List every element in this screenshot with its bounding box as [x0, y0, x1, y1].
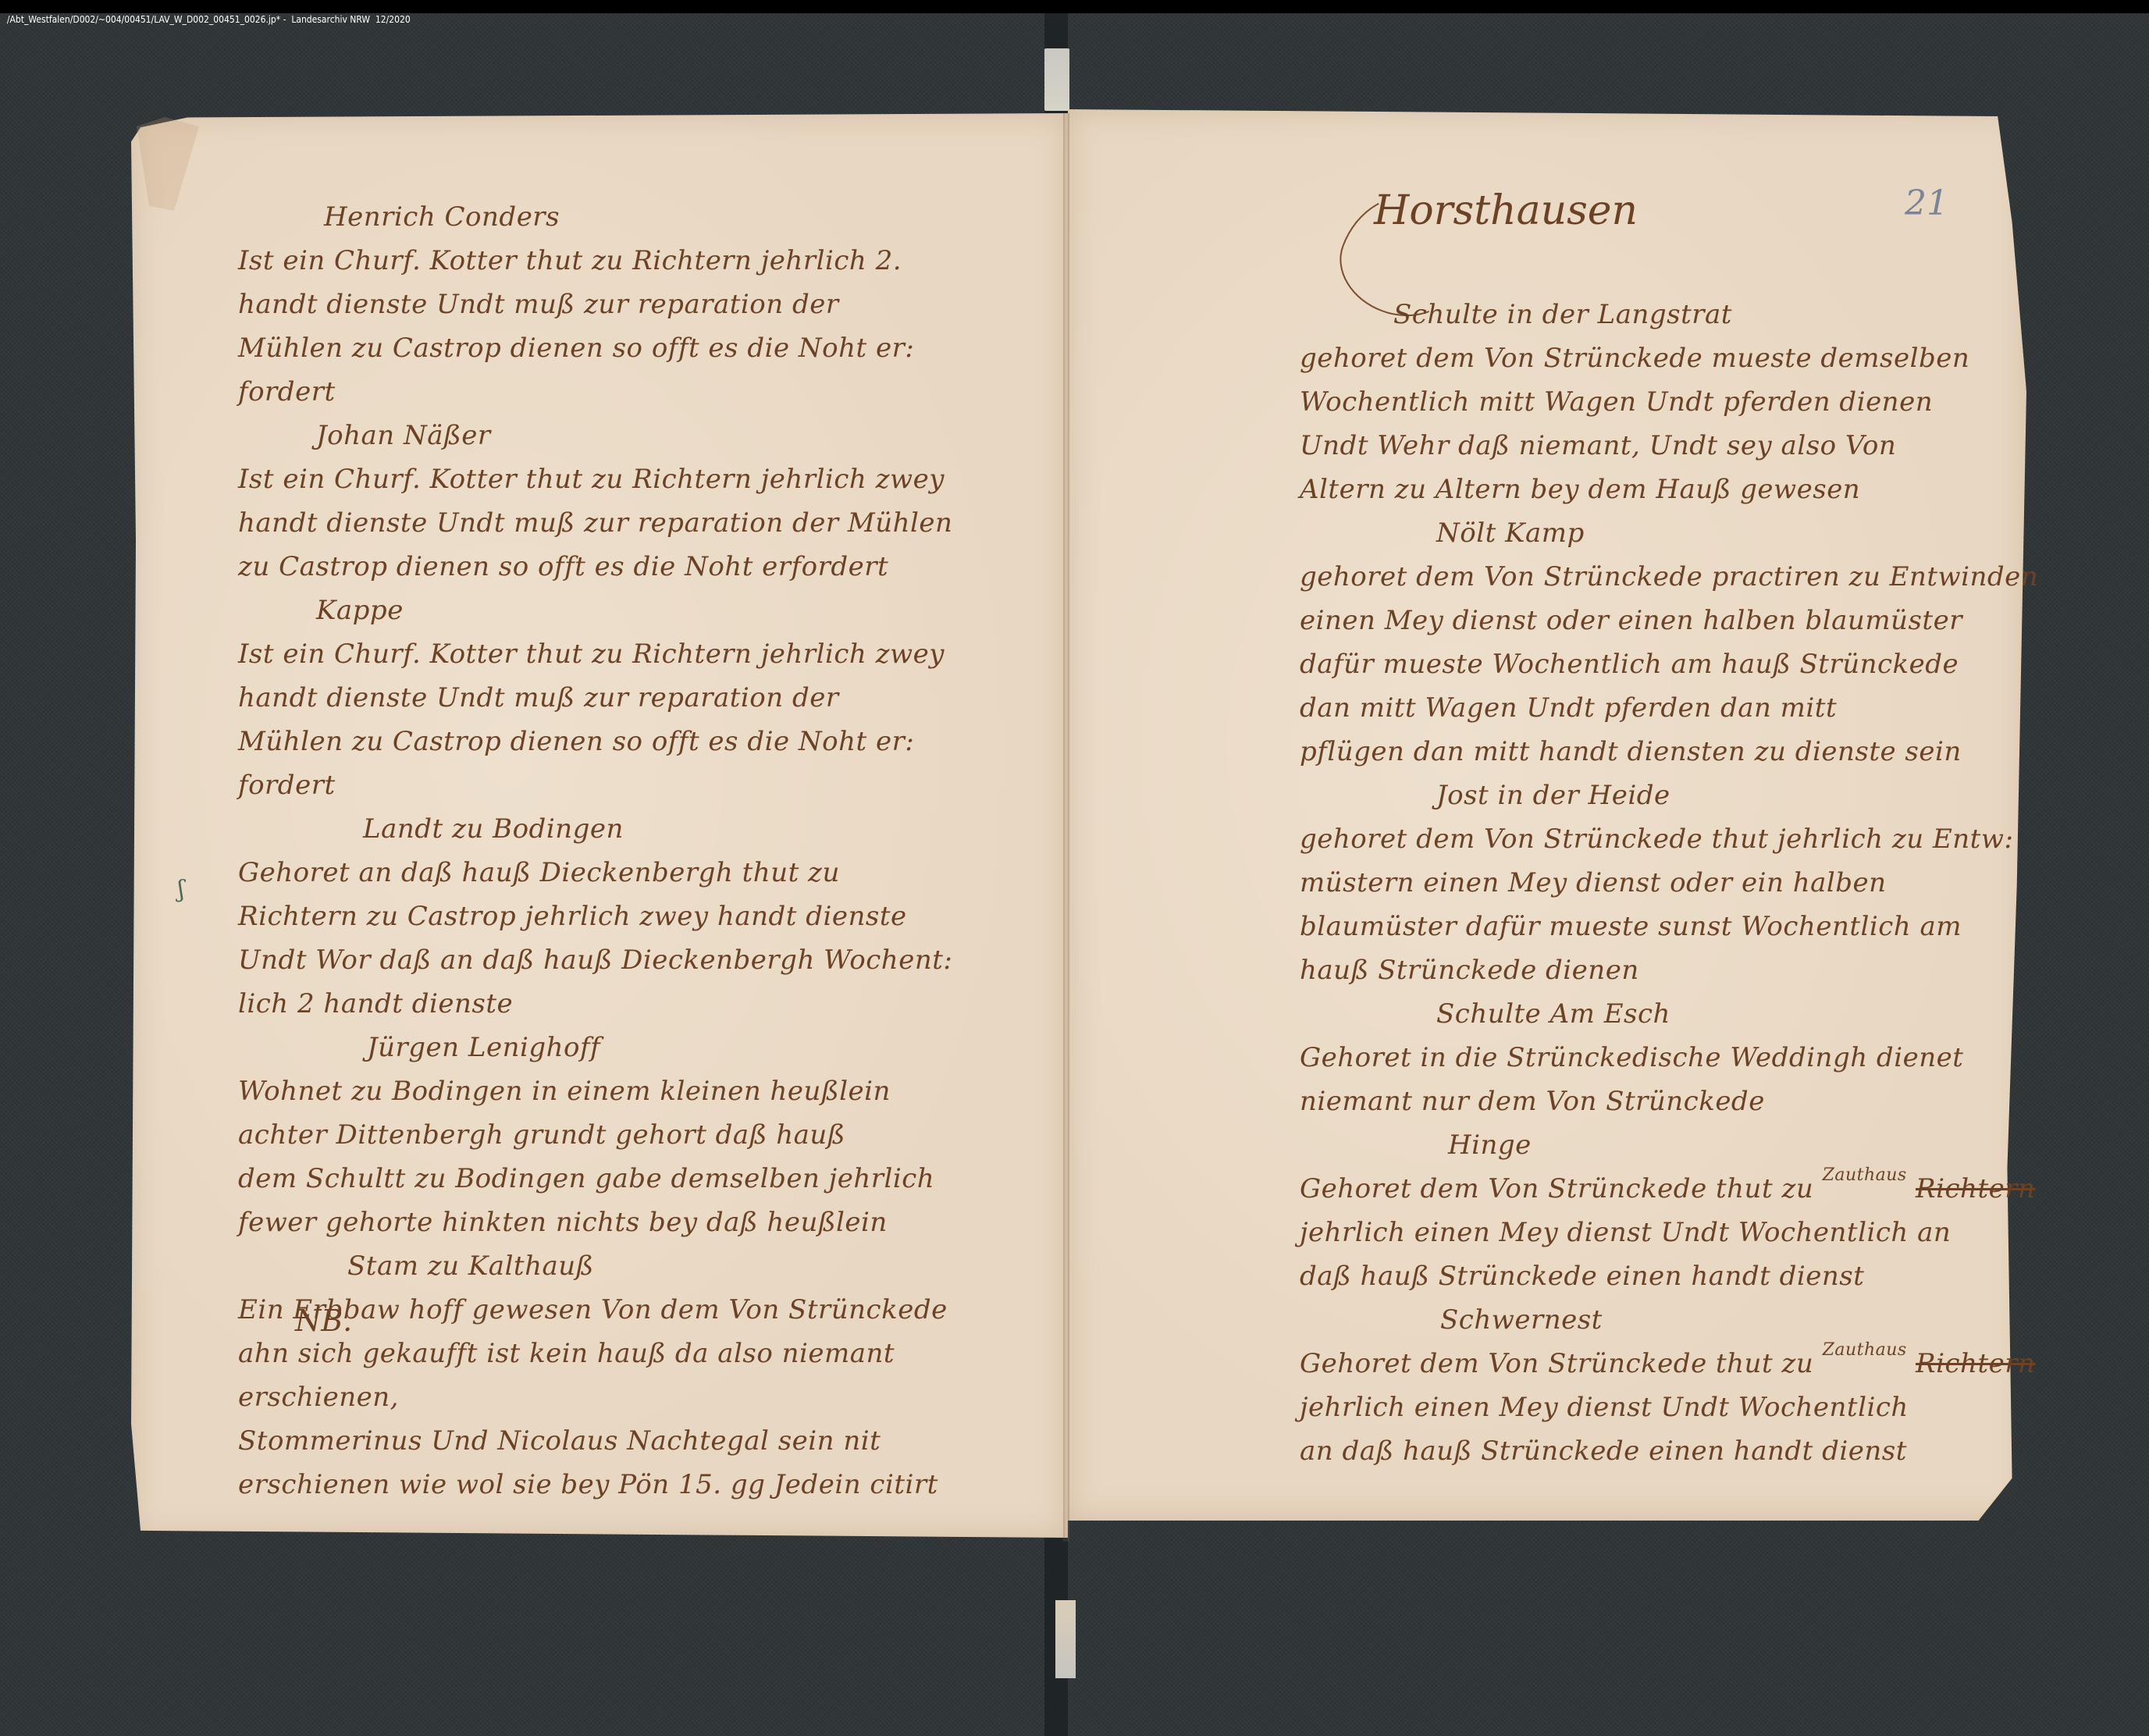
window-title: /Abt_Westfalen/D002/~004/00451/LAV_W_D00…: [7, 14, 411, 25]
text-line: fordert: [238, 763, 952, 807]
entry-heading: Landt zu Bodingen: [238, 807, 952, 851]
right-page-text: Schulte in der Langstrat gehoret dem Von…: [1300, 293, 2038, 1473]
text-line: lich 2 handt dienste: [238, 982, 952, 1026]
left-page-text: Henrich Conders Ist ein Churf. Kotter th…: [238, 195, 952, 1507]
text-line: Richtern zu Castrop jehrlich zwey handt …: [238, 895, 952, 938]
text-line: dafür mueste Wochentlich am hauß Strünck…: [1300, 642, 2038, 686]
struck-word: Richtern: [1916, 1173, 2035, 1204]
text-line: fewer gehorte hinkten nichts bey daß heu…: [238, 1201, 952, 1244]
text-line: handt dienste Undt muß zur reparation de…: [238, 676, 952, 720]
entry-heading: Nölt Kamp: [1300, 511, 2038, 555]
text-line: Wochentlich mitt Wagen Undt pferden dien…: [1300, 380, 2038, 424]
text-line: achter Dittenbergh grundt gehort daß hau…: [238, 1113, 952, 1157]
text-line: erschienen wie wol sie bey Pön 15. gg Je…: [238, 1463, 952, 1507]
entry-heading: Schwernest: [1300, 1298, 2038, 1342]
entry-heading: Schulte in der Langstrat: [1300, 293, 2038, 336]
text-line: jehrlich einen Mey dienst Undt Wochentli…: [1300, 1386, 2038, 1429]
text-line: Gehoret an daß hauß Dieckenbergh thut zu: [238, 851, 952, 895]
book-gutter: [1063, 113, 1069, 1542]
text-line: Gehoret in die Strünckedische Weddingh d…: [1300, 1036, 2038, 1080]
text-line: dem Schultt zu Bodingen gabe demselben j…: [238, 1157, 952, 1201]
text-line: Ist ein Churf. Kotter thut zu Richtern j…: [238, 632, 952, 676]
text-line: hauß Strünckede dienen: [1300, 948, 2038, 992]
text-line: daß hauß Strünckede einen handt dienst: [1300, 1254, 2038, 1298]
text-line: Ein Erbbaw hoff gewesen Von dem Von Strü…: [238, 1288, 952, 1332]
text-line: Ist ein Churf. Kotter thut zu Richtern j…: [238, 457, 952, 501]
text-line: Stommerinus Und Nicolaus Nachtegal sein …: [238, 1419, 952, 1463]
text-segment: Gehoret dem Von Strünckede thut zu: [1300, 1173, 1813, 1204]
window-title-bar: /Abt_Westfalen/D002/~004/00451/LAV_W_D00…: [0, 0, 2149, 13]
text-line: Wohnet zu Bodingen in einem kleinen heuß…: [238, 1069, 952, 1113]
text-line: handt dienste Undt muß zur reparation de…: [238, 283, 952, 326]
struck-word: Richtern: [1916, 1348, 2035, 1379]
inserted-word: Zauthaus: [1823, 1340, 1907, 1360]
text-line: Undt Wor daß an daß hauß Dieckenbergh Wo…: [238, 938, 952, 982]
text-line: gehoret dem Von Strünckede practiren zu …: [1300, 555, 2038, 599]
entry-heading: Schulte Am Esch: [1300, 992, 2038, 1036]
text-line: einen Mey dienst oder einen halben blaum…: [1300, 599, 2038, 642]
entry-heading: Jost in der Heide: [1300, 774, 2038, 817]
spine-tab-bottom: [1055, 1600, 1076, 1678]
text-line: handt dienste Undt muß zur reparation de…: [238, 501, 952, 545]
text-line: Mühlen zu Castrop dienen so offt es die …: [238, 720, 952, 763]
text-line: gehoret dem Von Strünckede thut jehrlich…: [1300, 817, 2038, 861]
text-line: an daß hauß Strünckede einen handt diens…: [1300, 1429, 2038, 1473]
spine-tab-top: [1044, 48, 1069, 111]
text-line: müstern einen Mey dienst oder ein halben: [1300, 861, 2038, 905]
entry-heading: Hinge: [1300, 1123, 2038, 1167]
inserted-word: Zauthaus: [1823, 1165, 1907, 1185]
text-line: jehrlich einen Mey dienst Undt Wochentli…: [1300, 1211, 2038, 1254]
folio-number: 21: [1905, 183, 1948, 223]
text-line: Ist ein Churf. Kotter thut zu Richtern j…: [238, 239, 952, 283]
text-line-with-correction: Gehoret dem Von Strünckede thut zu Zauth…: [1300, 1342, 2038, 1386]
text-line: dan mitt Wagen Undt pferden dan mitt: [1300, 686, 2038, 730]
page-title: Horsthausen: [1374, 187, 1638, 234]
margin-mark: ʃ: [178, 876, 184, 903]
text-line: pflügen dan mitt handt diensten zu diens…: [1300, 730, 2038, 774]
text-segment: Gehoret dem Von Strünckede thut zu: [1300, 1348, 1813, 1379]
correction: Zauthaus Richtern: [1823, 1173, 2036, 1204]
text-line: niemant nur dem Von Strünckede: [1300, 1080, 2038, 1123]
text-line: Mühlen zu Castrop dienen so offt es die …: [238, 326, 952, 370]
text-line: Altern zu Altern bey dem Hauß gewesen: [1300, 468, 2038, 511]
text-line: blaumüster dafür mueste sunst Wochentlic…: [1300, 905, 2038, 948]
entry-heading: Stam zu Kalthauß: [238, 1244, 952, 1288]
text-line: Undt Wehr daß niemant, Undt sey also Von: [1300, 424, 2038, 468]
entry-heading: Henrich Conders: [238, 195, 952, 239]
text-line: fordert: [238, 370, 952, 414]
entry-heading: Kappe: [238, 589, 952, 632]
correction: Zauthaus Richtern: [1823, 1348, 2036, 1379]
text-line: zu Castrop dienen so offt es die Noht er…: [238, 545, 952, 589]
text-line-with-correction: Gehoret dem Von Strünckede thut zu Zauth…: [1300, 1167, 2038, 1211]
entry-heading: Jürgen Lenighoff: [238, 1026, 952, 1069]
text-line: ahn sich gekaufft ist kein hauß da also …: [238, 1332, 952, 1375]
text-line: erschienen,: [238, 1375, 952, 1419]
entry-heading: Johan Näßer: [238, 414, 952, 457]
text-line: gehoret dem Von Strünckede mueste demsel…: [1300, 336, 2038, 380]
